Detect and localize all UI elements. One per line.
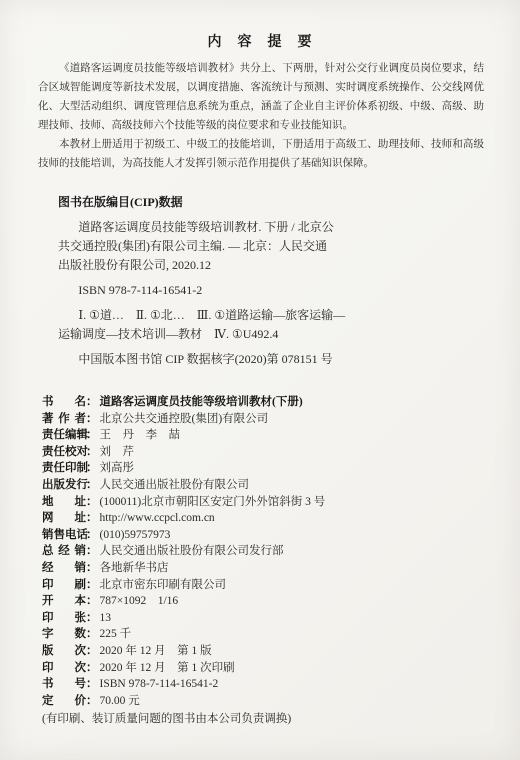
colophon-label: 地址 (42, 494, 86, 511)
summary-paragraph: 《道路客运调度员技能等级培训教材》共分上、下两册，针对公交行业调度员岗位要求，结… (38, 59, 484, 135)
colophon-value: 人民交通出版社股份有限公司发行部 (98, 545, 284, 557)
colon-separator: ： (86, 512, 98, 524)
colophon-value: 北京公共交通控股(集团)有限公司 (98, 413, 269, 425)
colophon-row: 出版发行：人民交通出版社股份有限公司 (42, 477, 492, 494)
colophon-value: 刘 芹 (98, 446, 135, 458)
colophon-row: 责任印制：刘高彤 (42, 460, 492, 477)
cip-heading: 图书在版编目(CIP)数据 (58, 193, 418, 212)
colophon-label: 版次 (42, 643, 86, 660)
colophon-value: 人民交通出版社股份有限公司 (98, 479, 250, 491)
colophon-value: 787×1092 1/16 (98, 595, 179, 607)
colophon-row: 定价：70.00 元 (42, 693, 492, 710)
colophon-value: (010)59757973 (98, 529, 171, 541)
colophon-label: 经销 (42, 560, 86, 577)
colon-separator: ： (86, 529, 98, 541)
colophon-row: 书号：ISBN 978-7-114-16541-2 (42, 676, 492, 693)
colophon-row: 印次：2020 年 12 月 第 1 次印刷 (42, 660, 492, 677)
cip-block: 图书在版编目(CIP)数据 道路客运调度员技能等级培训教材. 下册 / 北京公共… (58, 193, 418, 369)
colon-separator: ： (86, 462, 98, 474)
colophon-value: 各地新华书店 (98, 562, 169, 574)
colophon-label: 著作者 (42, 411, 86, 428)
cip-line: Ⅰ. ①道… Ⅱ. ①北… Ⅲ. ①道路运输—旅客运输— (58, 306, 418, 325)
colophon-value: 13 (98, 612, 112, 624)
colon-separator: ： (86, 396, 98, 408)
colophon-row: 版次：2020 年 12 月 第 1 版 (42, 643, 492, 660)
colophon-label: 书号 (42, 676, 86, 693)
colophon-row: 书名：道路客运调度员技能等级培训教材(下册) (42, 394, 492, 411)
colophon-label: 销售电话 (42, 527, 86, 544)
colophon-label: 总经销 (42, 543, 86, 560)
colophon-label: 印刷 (42, 577, 86, 594)
colophon-label: 印次 (42, 660, 86, 677)
cip-line: 共交通控股(集团)有限公司主编. — 北京：人民交通 (58, 237, 418, 256)
content-summary-title: 内 容 提 要 (0, 31, 520, 51)
colophon-value: 王 丹 李 喆 (98, 429, 181, 441)
colon-separator: ： (86, 562, 98, 574)
colophon-value: 70.00 元 (98, 695, 140, 707)
colophon-label: 定价 (42, 693, 86, 710)
colophon-row: 著作者：北京公共交通控股(集团)有限公司 (42, 411, 492, 428)
colophon-label: 书名 (42, 394, 86, 411)
colon-separator: ： (86, 662, 98, 674)
colophon-rows: 书名：道路客运调度员技能等级培训教材(下册) 著作者：北京公共交通控股(集团)有… (42, 394, 492, 709)
colophon-value: 刘高彤 (98, 462, 135, 474)
content-summary-body: 《道路客运调度员技能等级培训教材》共分上、下两册，针对公交行业调度员岗位要求，结… (38, 59, 484, 173)
colophon-value: 225 千 (98, 628, 132, 640)
colophon-value: 道路客运调度员技能等级培训教材(下册) (98, 396, 303, 408)
colophon-row: 字数：225 千 (42, 626, 492, 643)
colophon-label: 印张 (42, 610, 86, 627)
colophon-row: 责任校对：刘 芹 (42, 444, 492, 461)
colophon-label: 开本 (42, 593, 86, 610)
colophon-row: 责任编辑：王 丹 李 喆 (42, 427, 492, 444)
colon-separator: ： (86, 413, 98, 425)
colophon-label: 责任编辑 (42, 427, 86, 444)
colon-separator: ： (86, 595, 98, 607)
colophon-row: 开本：787×1092 1/16 (42, 593, 492, 610)
copyright-page: 内 容 提 要 《道路客运调度员技能等级培训教材》共分上、下两册，针对公交行业调… (0, 0, 520, 760)
colon-separator: ： (86, 496, 98, 508)
colon-separator: ： (86, 446, 98, 458)
colophon-row: 销售电话：(010)59757973 (42, 527, 492, 544)
colophon-value: 2020 年 12 月 第 1 次印刷 (98, 662, 235, 674)
quality-note: (有印刷、装订质量问题的图书由本公司负责调换) (42, 711, 492, 728)
colophon-value: 北京市密东印刷有限公司 (98, 579, 227, 591)
colophon-row: 网址：http://www.ccpcl.com.cn (42, 510, 492, 527)
colophon-label: 字数 (42, 626, 86, 643)
colon-separator: ： (86, 628, 98, 640)
colon-separator: ： (86, 612, 98, 624)
colophon-value: ISBN 978-7-114-16541-2 (98, 678, 219, 690)
colophon-row: 印刷：北京市密东印刷有限公司 (42, 577, 492, 594)
cip-line: 中国版本图书馆 CIP 数据核字(2020)第 078151 号 (58, 350, 418, 369)
cip-line: 道路客运调度员技能等级培训教材. 下册 / 北京公 (58, 218, 418, 237)
colophon-label: 责任校对 (42, 444, 86, 461)
colophon-value: 2020 年 12 月 第 1 版 (98, 645, 212, 657)
colon-separator: ： (86, 429, 98, 441)
colon-separator: ： (86, 645, 98, 657)
colon-separator: ： (86, 695, 98, 707)
colophon-row: 印张：13 (42, 610, 492, 627)
cip-line: 出版社股份有限公司, 2020.12 (58, 256, 418, 275)
cip-line: 运输调度—技术培训—教材 Ⅳ. ①U492.4 (58, 325, 418, 344)
summary-paragraph: 本教材上册适用于初级工、中级工的技能培训，下册适用于高级工、助理技师、技师和高级… (38, 135, 484, 173)
colon-separator: ： (86, 545, 98, 557)
cip-line: ISBN 978-7-114-16541-2 (58, 281, 418, 300)
colophon-row: 总经销：人民交通出版社股份有限公司发行部 (42, 543, 492, 560)
colon-separator: ： (86, 479, 98, 491)
colon-separator: ： (86, 579, 98, 591)
cip-lines: 道路客运调度员技能等级培训教材. 下册 / 北京公共交通控股(集团)有限公司主编… (58, 218, 418, 369)
colophon-label: 网址 (42, 510, 86, 527)
colophon-value: http://www.ccpcl.com.cn (98, 512, 215, 524)
colophon-row: 经销：各地新华书店 (42, 560, 492, 577)
colophon-label: 责任印制 (42, 460, 86, 477)
colophon-block: 书名：道路客运调度员技能等级培训教材(下册) 著作者：北京公共交通控股(集团)有… (42, 394, 492, 728)
colophon-row: 地址：(100011)北京市朝阳区安定门外外馆斜街 3 号 (42, 494, 492, 511)
colophon-value: (100011)北京市朝阳区安定门外外馆斜街 3 号 (98, 496, 326, 508)
colophon-label: 出版发行 (42, 477, 86, 494)
colon-separator: ： (86, 678, 98, 690)
